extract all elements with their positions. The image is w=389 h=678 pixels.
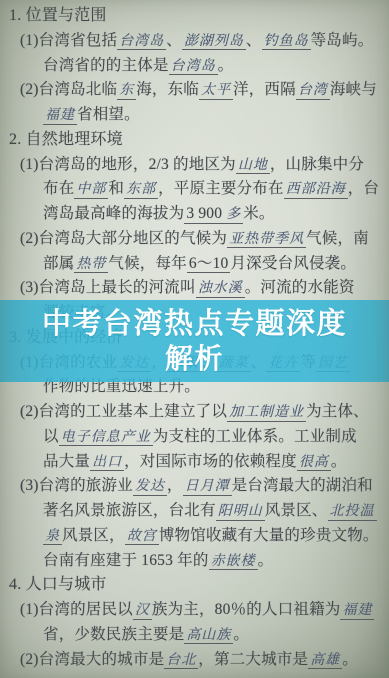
banner-title-line1: 中考台湾热点专题深度 (42, 306, 347, 342)
printed-text: 风景区， (62, 527, 125, 544)
printed-text: 省，少数民族主要是 (43, 626, 184, 643)
printed-text: 。 (233, 626, 249, 643)
note-line: 著名风景旅游区，台北有阳明山风景区、北投温 (0, 499, 389, 524)
handwritten-answer: 东部 (124, 181, 158, 199)
printed-text: 为支柱的工业体系。工业制成 (153, 428, 357, 445)
handwritten-answer: 西部沿海 (284, 181, 348, 199)
printed-text: ，台 (348, 180, 379, 197)
note-line: 湾岛最高峰的海拔为3 900多米。 (0, 202, 389, 227)
handwritten-answer: 浊水溪 (196, 280, 245, 298)
printed-text: 湾岛最高峰的海拔为 (43, 205, 184, 222)
notes-page-photo: 1. 位置与范围(1)台湾省包括台湾岛、澎湖列岛、钓鱼岛等岛屿。台湾省的的主体是… (0, 0, 389, 678)
note-line: (2)台湾的工业基本上建立了以加工制造业为主体、 (0, 400, 389, 425)
printed-text: (3)台湾的旅游业 (20, 477, 133, 494)
printed-text: 、 (246, 32, 262, 49)
printed-text: ， (167, 477, 183, 494)
handwritten-answer: 很高 (297, 454, 331, 472)
printed-text: 、 (166, 32, 182, 49)
handwritten-answer: 山地 (236, 157, 270, 175)
note-line: 布在中部和东部，平原主要分布在西部沿海，台 (0, 177, 389, 202)
printed-text: (2)台湾的工业基本上建立了以 (20, 403, 227, 420)
handwritten-answer: 台北 (164, 652, 198, 670)
banner-title-line2: 解析 (165, 342, 224, 376)
handwritten-answer: 福建 (340, 602, 374, 620)
handwritten-answer: 热带 (74, 256, 108, 274)
printed-text: 部属 (43, 255, 74, 272)
handwritten-answer: 福建 (43, 107, 77, 125)
handwritten-answer: 多 (224, 206, 243, 224)
printed-text: (1)台湾的居民以 (20, 601, 133, 618)
printed-text: 以 (43, 428, 59, 445)
printed-text: 和 (108, 180, 124, 197)
printed-text: 是台湾最大的湖泊和 (232, 477, 373, 494)
printed-text: 2. 自然地理环境 (9, 131, 123, 148)
printed-text: 月深受台风侵袭。 (230, 255, 356, 272)
printed-text: (1)台湾省包括 (20, 32, 117, 49)
note-line: 品大量出口，对国际市场的依赖程度很高。 (0, 450, 389, 475)
note-line: 台南有座建于 1653 年的赤嵌楼。 (0, 549, 389, 574)
printed-text: 4. 人口与城市 (9, 576, 107, 593)
note-line: 泉风景区，故宫博物馆收藏有大量的珍贵文物。 (0, 524, 389, 549)
handwritten-answer: 加工制造业 (227, 404, 306, 422)
printed-text: ，第二大城市是 (198, 651, 308, 668)
note-line: 福建省相望。 (0, 103, 389, 128)
printed-text: 1. 位置与范围 (9, 7, 107, 24)
handwritten-answer: 钓鱼岛 (262, 33, 311, 51)
printed-text: 台湾省的的主体是 (43, 57, 169, 74)
note-line: (2)台湾岛大部分地区的气候为亚热带季风气候，南 (0, 227, 389, 252)
printed-text: 为主体、 (306, 403, 369, 420)
handwritten-answer: 泉 (43, 528, 62, 546)
handwritten-answer: 汉 (133, 602, 152, 620)
printed-text: 海，东临 (136, 81, 199, 98)
printed-text: 。河流的水能资 (245, 279, 355, 296)
printed-text: 品大量 (43, 453, 90, 470)
handwritten-answer: 发达 (133, 478, 167, 496)
note-line: (1)台湾的居民以汉族为主，80％的人口祖籍为福建 (0, 598, 389, 623)
note-line: (3)台湾的旅游业发达，日月潭是台湾最大的湖泊和 (0, 474, 389, 499)
handwritten-answer: 台湾 (296, 82, 330, 100)
printed-text: ，平原主要分布在 (158, 180, 284, 197)
handwritten-answer: 太平 (199, 82, 233, 100)
printed-text: (3)台湾岛上最长的河流叫 (20, 279, 196, 296)
note-line: (3)台湾岛上最长的河流叫浊水溪。河流的水能资 (0, 276, 389, 301)
note-line: (1)台湾省包括台湾岛、澎湖列岛、钓鱼岛等岛屿。 (0, 29, 389, 54)
printed-text: 米。 (243, 205, 274, 222)
printed-text: 气候，南 (306, 230, 369, 247)
note-line: 台湾省的的主体是台湾岛。 (0, 54, 389, 79)
note-line: (1)台湾岛的地形，2/3 的地区为山地，山脉集中分 (0, 153, 389, 178)
printed-text: 。 (342, 651, 358, 668)
printed-text: 等岛屿。 (311, 32, 374, 49)
printed-text: 博物馆收藏有大量的珍贵文物。 (159, 527, 379, 544)
handwritten-answer: 东 (117, 82, 136, 100)
note-line: 部属热带气候，每年6～10月深受台风侵袭。 (0, 252, 389, 277)
printed-text: 省相望。 (77, 106, 140, 123)
note-line: (2)台湾最大的城市是台北，第二大城市是高雄。 (0, 648, 389, 673)
note-line: 1. 位置与范围 (0, 4, 389, 29)
printed-text: 。 (218, 57, 234, 74)
printed-text: 海峡与 (330, 81, 377, 98)
printed-text: 著名风景旅游区，台北有 (43, 502, 216, 519)
printed-text: 风景区、 (265, 502, 328, 519)
printed-text: (1)台湾岛的地形，2/3 的地区为 (20, 156, 236, 173)
handwritten-answer: 澎湖列岛 (182, 33, 246, 51)
underlined-number: 6～10 (187, 255, 231, 274)
printed-text: ，对国际市场的依赖程度 (124, 453, 297, 470)
note-line: 2. 自然地理环境 (0, 128, 389, 153)
printed-text: ，山脉集中分 (270, 156, 364, 173)
printed-text: 洋，西隔 (233, 81, 296, 98)
handwritten-answer: 出口 (90, 454, 124, 472)
note-line: (2)台湾岛北临东海，东临太平洋，西隔台湾海峡与 (0, 78, 389, 103)
printed-text: 。 (331, 453, 347, 470)
printed-text: 。 (258, 552, 274, 569)
handwritten-answer: 电子信息产业 (59, 429, 153, 447)
note-line: 省，少数民族主要是高山族。 (0, 623, 389, 648)
printed-text: 气候，每年 (108, 255, 187, 272)
printed-text: (2)台湾岛北临 (20, 81, 117, 98)
printed-text: 台南有座建于 1653 年的 (43, 552, 209, 569)
handwritten-answer: 高山族 (184, 627, 233, 645)
note-line: 以电子信息产业为支柱的工业体系。工业制成 (0, 425, 389, 450)
handwritten-answer: 高雄 (308, 652, 342, 670)
printed-text: (2)台湾最大的城市是 (20, 651, 164, 668)
handwritten-answer: 日月潭 (183, 478, 232, 496)
handwritten-answer: 北投温 (328, 503, 377, 521)
printed-text: 族为主，80％的人口祖籍为 (152, 601, 341, 618)
handwritten-answer: 中部 (74, 181, 108, 199)
printed-text: 布在 (43, 180, 74, 197)
handwritten-answer: 故宫 (125, 528, 159, 546)
handwritten-answer: 赤嵌楼 (209, 553, 258, 571)
handwritten-answer: 台湾岛 (117, 33, 166, 51)
handwritten-answer: 台湾岛 (169, 58, 218, 76)
note-line: 4. 人口与城市 (0, 573, 389, 598)
printed-text: (2)台湾岛大部分地区的气候为 (20, 230, 227, 247)
underlined-number: 3 900 (184, 205, 224, 224)
banner-overlay: 中考台湾热点专题深度 解析 (0, 300, 389, 382)
handwritten-answer: 阳明山 (216, 503, 265, 521)
handwritten-answer: 亚热带季风 (227, 231, 306, 249)
